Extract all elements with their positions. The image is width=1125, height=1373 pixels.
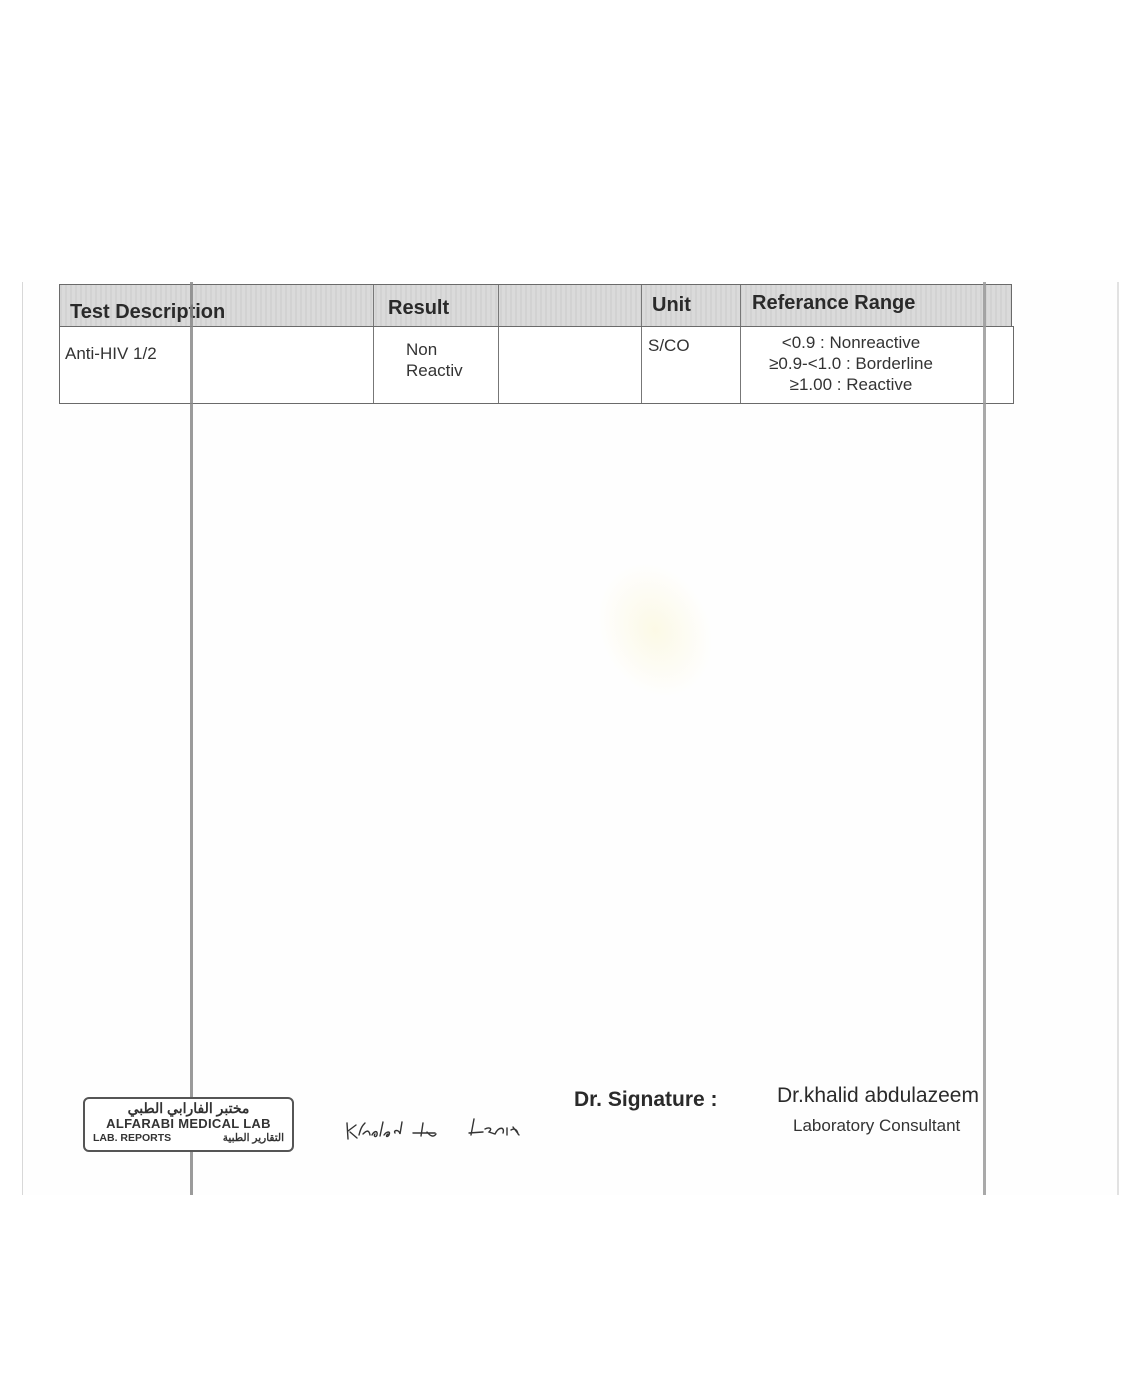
- cell-unit: S/CO: [642, 327, 741, 403]
- table-row: Anti-HIV 1/2 Non Reactiv S/CO <0.9 : Non…: [59, 326, 1014, 404]
- header-unit: Unit: [642, 285, 741, 327]
- cell-test-description: Anti-HIV 1/2: [60, 327, 374, 403]
- stamp-sub-arabic: التقارير الطبية: [223, 1131, 284, 1145]
- header-reference-range: Referance Range: [741, 285, 1011, 327]
- cell-reference-range: <0.9 : Nonreactive ≥0.9-<1.0 : Borderlin…: [741, 327, 1013, 403]
- header-result: Result: [374, 285, 499, 327]
- scanned-page: [22, 280, 1119, 1195]
- scanner-artifact-line: [983, 282, 986, 1195]
- stamp-english-name: ALFARABI MEDICAL LAB: [85, 1116, 292, 1131]
- signature-label: Dr. Signature :: [574, 1088, 718, 1112]
- results-table-header: Test Description Result Unit Referance R…: [59, 284, 1012, 328]
- range-borderline: ≥0.9-<1.0 : Borderline: [741, 353, 961, 374]
- page-edge-right: [1117, 282, 1119, 1195]
- doctor-name: Dr.khalid abdulazeem: [777, 1084, 979, 1108]
- header-blank: [499, 285, 642, 327]
- cell-result: Non Reactiv: [374, 327, 499, 403]
- stamp-arabic-name: مختبر الفارابي الطبي: [85, 1100, 292, 1116]
- page-edge-left: [22, 282, 23, 1195]
- range-nonreactive: <0.9 : Nonreactive: [741, 332, 961, 353]
- stamp-sub-english: LAB. REPORTS: [93, 1131, 171, 1145]
- lab-stamp: مختبر الفارابي الطبي ALFARABI MEDICAL LA…: [83, 1097, 294, 1152]
- cell-blank: [499, 327, 642, 403]
- header-test-description: Test Description: [60, 285, 374, 327]
- doctor-title: Laboratory Consultant: [793, 1116, 960, 1136]
- range-reactive: ≥1.00 : Reactive: [741, 374, 961, 395]
- scanner-artifact-line: [190, 282, 193, 1195]
- handwritten-signature: [343, 1105, 538, 1145]
